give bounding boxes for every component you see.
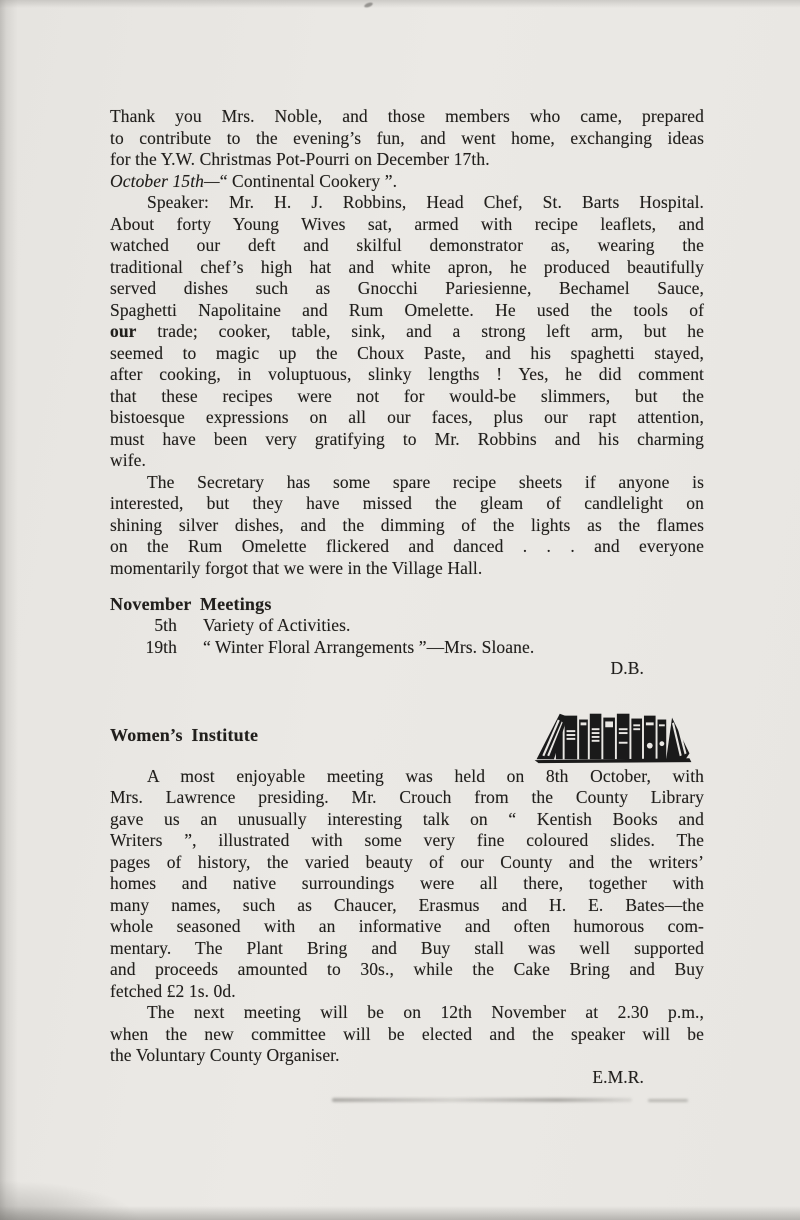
meeting-date: 5th	[110, 615, 177, 637]
meeting-title: “ Continental Cookery ”.	[220, 171, 397, 191]
text-line: shining silver dishes, and the dimming o…	[110, 515, 704, 537]
text-line: after cooking, in voluptuous, slinky len…	[110, 364, 704, 386]
text-line: and proceeds amounted to 30s., while the…	[110, 959, 704, 981]
scan-speck	[364, 2, 374, 9]
text-line: served dishes such as Gnocchi Pariesienn…	[110, 278, 704, 300]
text-line: on the Rum Omelette flickered and danced…	[110, 536, 704, 558]
text-line: whole seasoned with an informative and o…	[110, 916, 704, 938]
signature-emr: E.M.R.	[110, 1067, 704, 1089]
yw-secretary-paragraph: The Secretary has some spare recipe shee…	[110, 472, 704, 580]
text-line: that these recipes were not for would-be…	[110, 386, 704, 408]
text-line: for the Y.W. Christmas Pot-Pourri on Dec…	[110, 149, 704, 171]
text-line: The next meeting will be on 12th Novembe…	[110, 1002, 704, 1024]
text-line: wife.	[110, 450, 704, 472]
page-corner-shadow	[0, 1180, 140, 1220]
books-row-icon	[532, 705, 694, 765]
womens-institute-header: Women’s Institute	[110, 704, 704, 766]
text-line: many names, such as Chaucer, Erasmus and…	[110, 895, 704, 917]
page-top-shadow	[0, 0, 800, 8]
wi-report-paragraph: A most enjoyable meeting was held on 8th…	[110, 766, 704, 1003]
signature-db: D.B.	[110, 658, 704, 680]
wi-next-meeting-paragraph: The next meeting will be on 12th Novembe…	[110, 1002, 704, 1067]
scan-streak	[648, 1099, 688, 1102]
meeting-description: “ Winter Floral Arrangements ”—Mrs. Sloa…	[203, 637, 534, 659]
text-line: pages of history, the varied beauty of o…	[110, 852, 704, 874]
text-line: watched our deft and skilful demonstrato…	[110, 235, 704, 257]
text-line: gave us an unusually interesting talk on…	[110, 809, 704, 831]
october-meeting-heading: October 15th—“ Continental Cookery ”.	[110, 171, 704, 193]
meeting-date: 19th	[110, 637, 177, 659]
text-line: seemed to magic up the Choux Paste, and …	[110, 343, 704, 365]
womens-institute-heading: Women’s Institute	[110, 724, 258, 746]
meeting-date-italic: October 15th—	[110, 171, 220, 191]
text-line: The Secretary has some spare recipe shee…	[110, 472, 704, 494]
page-bottom-shadow	[0, 1206, 800, 1220]
text-line: our trade; cooker, table, sink, and a st…	[110, 321, 704, 343]
text-line: must have been very gratifying to Mr. Ro…	[110, 429, 704, 451]
text-line: homes and native surroundings were all t…	[110, 873, 704, 895]
text-line: to contribute to the evening’s fun, and …	[110, 128, 704, 150]
text-line: fetched £2 1s. 0d.	[110, 981, 704, 1003]
text-line: Spaghetti Napolitaine and Rum Omelette. …	[110, 300, 704, 322]
meeting-row: 5th Variety of Activities.	[110, 615, 704, 637]
scan-streak	[332, 1098, 632, 1102]
text-line: when the new committee will be elected a…	[110, 1024, 704, 1046]
text-line: the Voluntary County Organiser.	[110, 1045, 704, 1067]
text-line: momentarily forgot that we were in the V…	[110, 558, 704, 580]
text-line: Speaker: Mr. H. J. Robbins, Head Chef, S…	[110, 192, 704, 214]
text-line: A most enjoyable meeting was held on 8th…	[110, 766, 704, 788]
text-line: Writers ”, illustrated with some very fi…	[110, 830, 704, 852]
page-content: Thank you Mrs. Noble, and those members …	[110, 106, 704, 1088]
yw-intro-paragraph: Thank you Mrs. Noble, and those members …	[110, 106, 704, 171]
text-line: interested, but they have missed the gle…	[110, 493, 704, 515]
text-line: traditional chef’s high hat and white ap…	[110, 257, 704, 279]
text-line: Thank you Mrs. Noble, and those members …	[110, 106, 704, 128]
text-line: Mrs. Lawrence presiding. Mr. Crouch from…	[110, 787, 704, 809]
yw-talk-paragraph: Speaker: Mr. H. J. Robbins, Head Chef, S…	[110, 192, 704, 472]
meeting-description: Variety of Activities.	[203, 615, 351, 637]
text-line: About forty Young Wives sat, armed with …	[110, 214, 704, 236]
meeting-row: 19th “ Winter Floral Arrangements ”—Mrs.…	[110, 637, 704, 659]
november-meetings-heading: November Meetings	[110, 593, 704, 615]
text-line: bistoesque expressions on all our faces,…	[110, 407, 704, 429]
page-left-shadow	[0, 0, 18, 1220]
text-line: mentary. The Plant Bring and Buy stall w…	[110, 938, 704, 960]
